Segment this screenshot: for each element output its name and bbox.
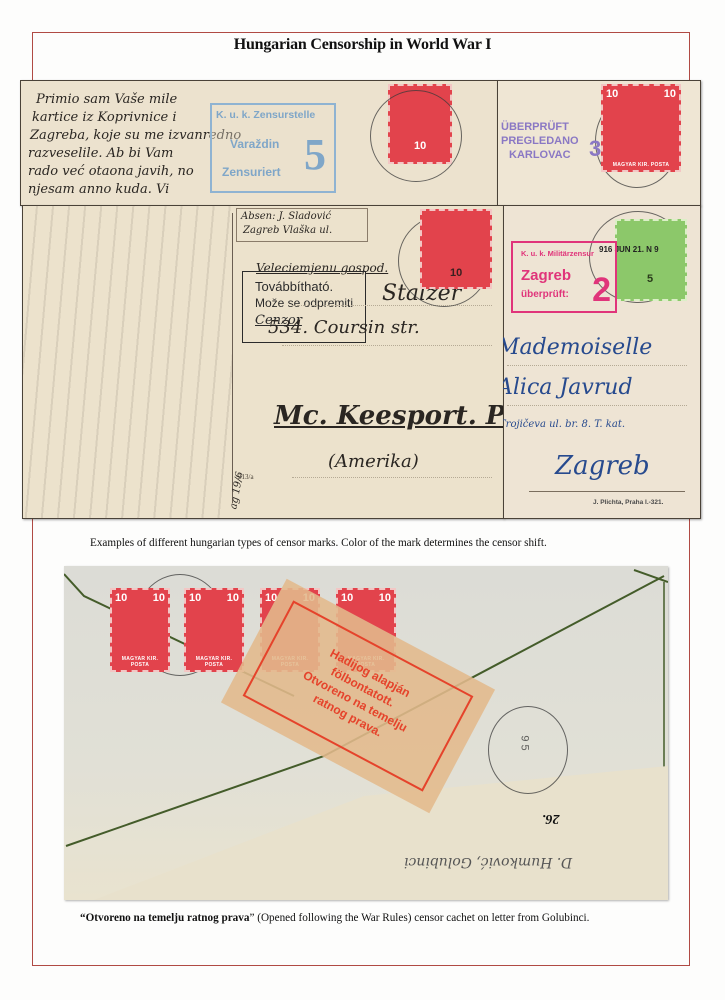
address-line4: Zagreb: [555, 451, 650, 481]
address-line1: Mademoiselle: [503, 335, 652, 360]
address-underline: [529, 491, 685, 492]
address-line3: Trojičeva ul. br. 8. T. kat.: [503, 419, 625, 430]
censor-mark-line1: K. u. k. Zensurstelle: [216, 109, 315, 121]
postmark-arrival: 9 5: [488, 706, 568, 794]
message-line: rado već otaona javih, no: [28, 164, 194, 179]
address-line5: (Amerika): [328, 451, 419, 472]
censor-mark-number: 5: [304, 129, 326, 180]
stamp-10-filler: 10: [420, 209, 492, 289]
caption-bottom-rest: ” (Opened following the War Rules) censo…: [249, 912, 589, 924]
envelope-stamp: 1010MAGYAR KIR. POSTA: [110, 588, 170, 672]
censor-mark-line2: Varaždin: [230, 137, 279, 151]
postcard-mckeesport: Absen: J. Sladović Zagreb Vlaška ul. Vel…: [22, 205, 504, 519]
censor-mark-line3: Zensuriert: [222, 165, 281, 179]
postcard-karlovac: 10 10 MAGYAR KIR. POSTA ÜBERPRÜFT PREGLE…: [497, 80, 701, 206]
address-line2: Alica Javrud: [503, 375, 633, 400]
caption-bottom: “Otvoreno na temelju ratnog prava” (Open…: [80, 912, 589, 924]
sender-signature: D. Humković, Golubinci: [404, 854, 572, 870]
stamp-5-filler: 5: [615, 219, 687, 301]
censor-mark-zagreb: K. u. k. Militärzensur Zagreb überprüft:…: [511, 241, 617, 313]
censor-mark-karlovac: ÜBERPRÜFT PREGLEDANO KARLOVAC: [501, 120, 579, 162]
divider-line: [232, 213, 233, 503]
stamp-10-filler: 10 10 MAGYAR KIR. POSTA: [601, 84, 681, 172]
censor-mark-number: 3: [589, 136, 601, 162]
message-line: njesam anno kuda. Vi: [28, 182, 169, 197]
postcard-varazdin: Primio sam Vaše mile kartice iz Koprivni…: [20, 80, 498, 206]
censor-mark-line2: PREGLEDANO: [501, 134, 579, 148]
sender-box: Absen: J. Sladović Zagreb Vlaška ul.: [236, 208, 368, 242]
message-area: [22, 205, 232, 519]
number-mark: 26.: [542, 810, 560, 826]
censor-mark-line1: ÜBERPRÜFT: [501, 120, 579, 134]
envelope-golubinci: 1010MAGYAR KIR. POSTA 1010MAGYAR KIR. PO…: [64, 566, 668, 900]
address-line3: 534. Coursin str.: [268, 317, 420, 338]
page-title: Hungarian Censorship in World War I: [0, 36, 725, 54]
publisher-imprint: J. Plichta, Praha I.-321.: [593, 499, 663, 506]
message-line: Primio sam Vaše mile: [36, 92, 177, 107]
message-line: kartice iz Koprivnice i: [32, 110, 177, 125]
envelope-stamp: 1010MAGYAR KIR. POSTA: [184, 588, 244, 672]
message-line: razveselile. Ab bi Vam: [28, 146, 173, 161]
postcard-zagreb: 5 916 JUN 21. N 9 K. u. k. Militärzensur…: [503, 205, 701, 519]
censor-mark-varazdin: K. u. k. Zensurstelle Varaždin Zensurier…: [210, 103, 336, 193]
caption-top: Examples of different hungarian types of…: [90, 537, 547, 549]
postmark-varazdin: [370, 90, 462, 182]
caption-bottom-bold: “Otvoreno na temelju ratnog prava: [80, 912, 249, 924]
address-line4: Mc. Keesport. Pa: [274, 401, 504, 431]
censor-mark-line3: KARLOVAC: [501, 148, 579, 162]
